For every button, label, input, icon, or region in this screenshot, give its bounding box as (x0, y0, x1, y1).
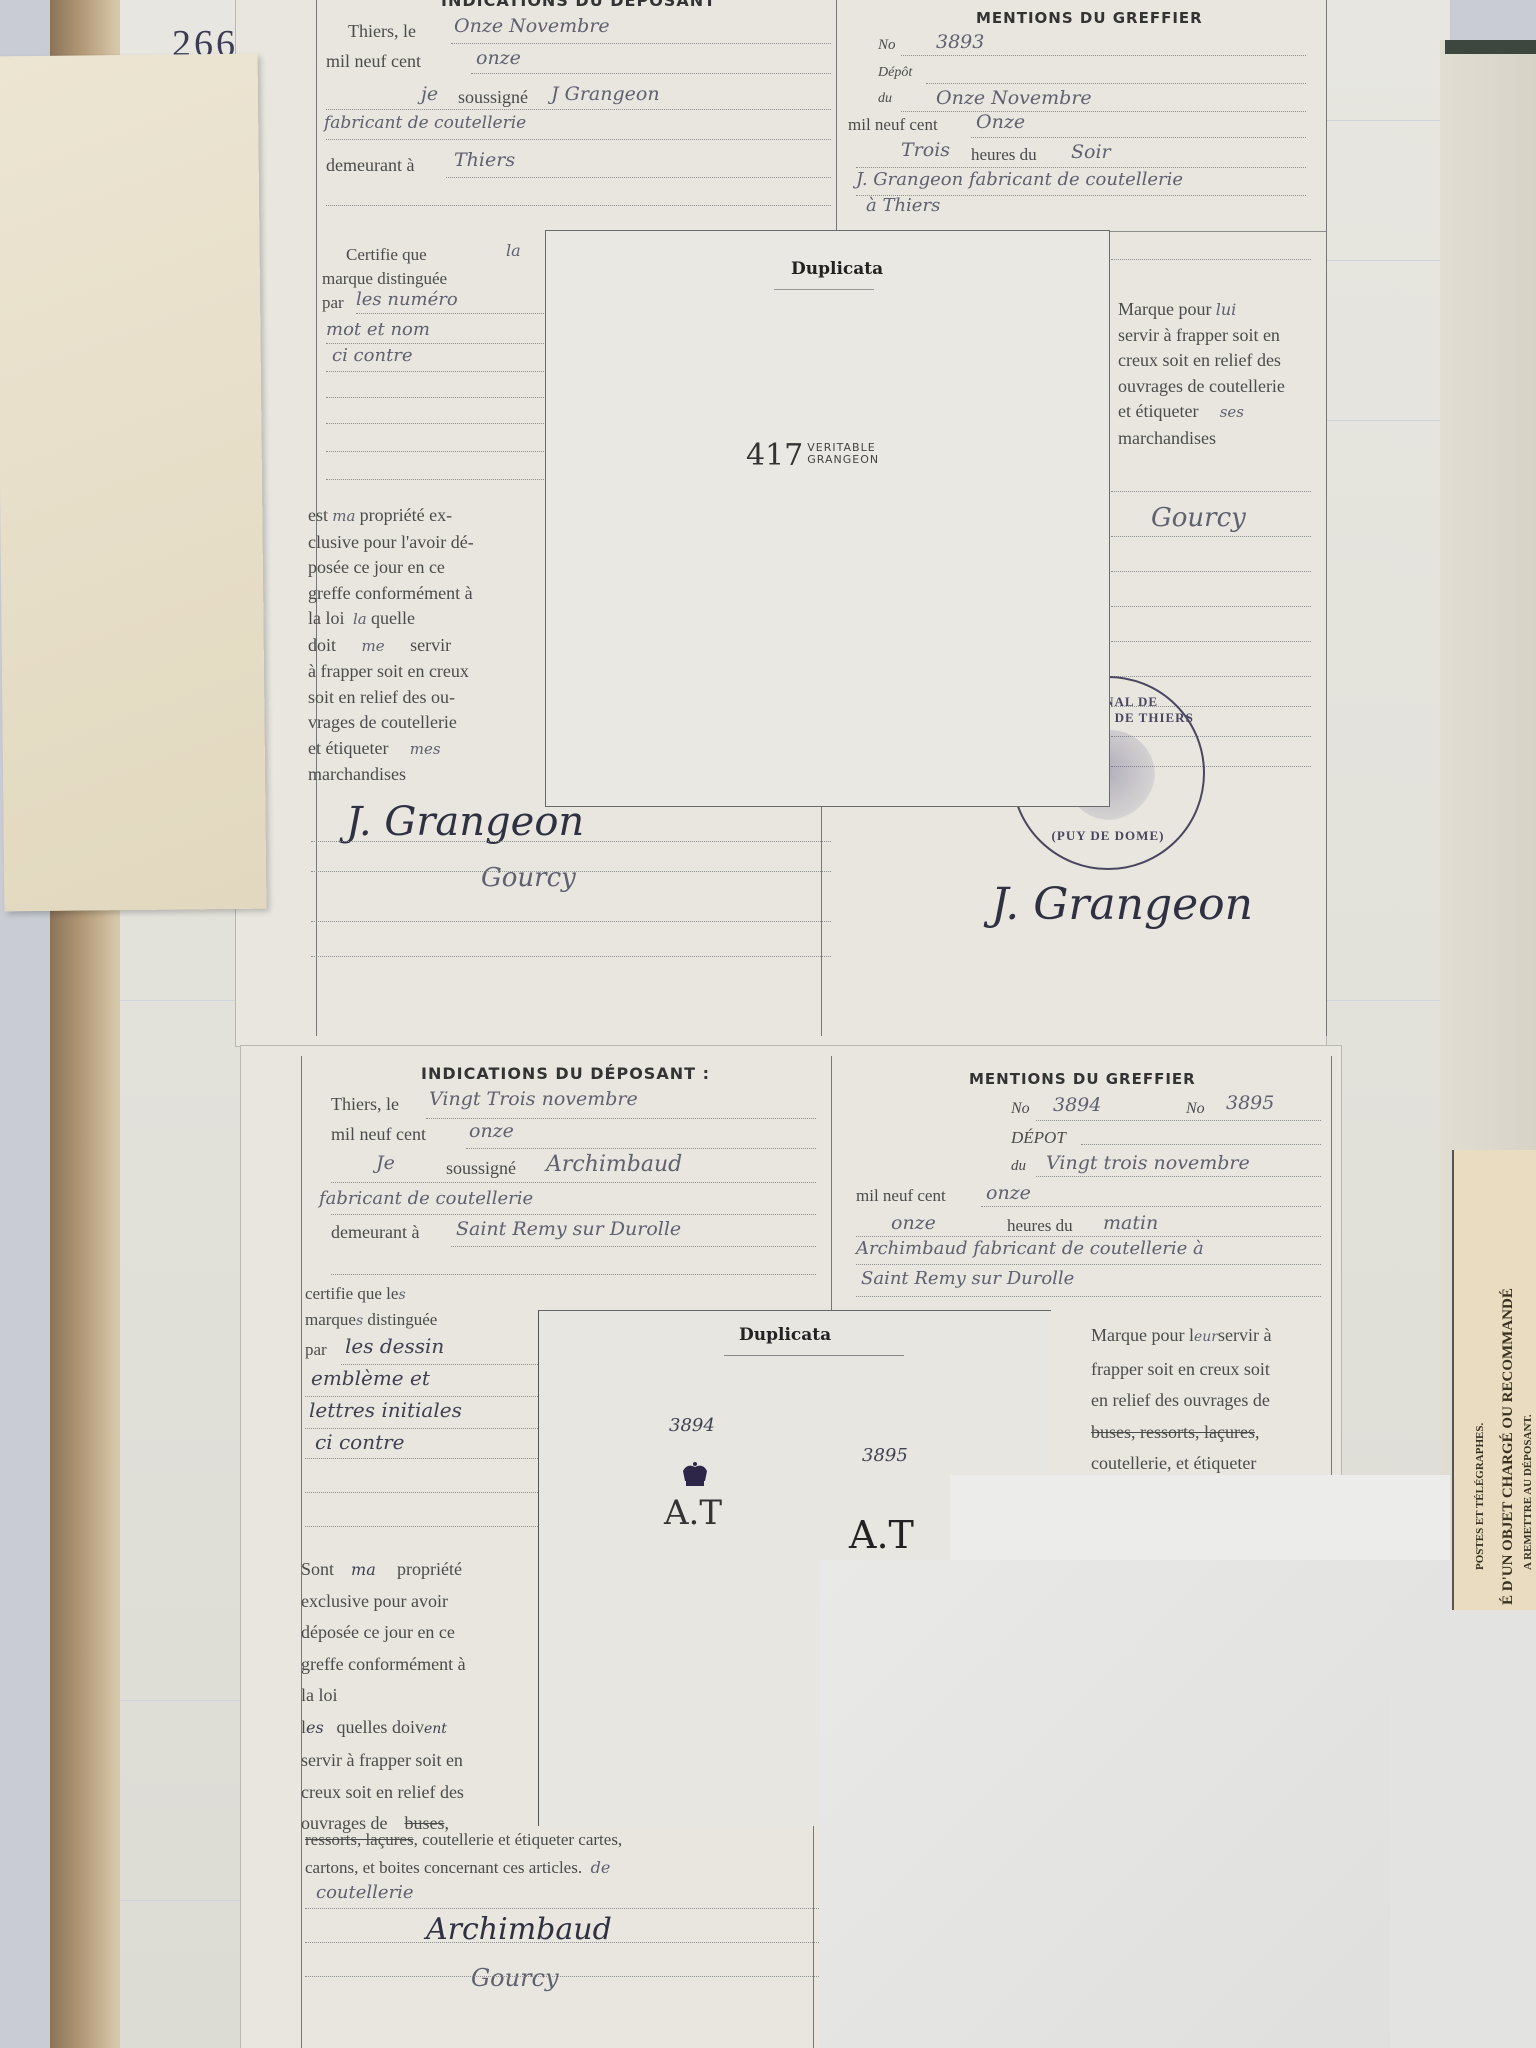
marque-label-2: marques distinguée (305, 1310, 437, 1330)
heures-value-2: onze (891, 1212, 936, 1234)
je-value-2: Je (376, 1152, 395, 1174)
marque-label: marque distinguée (322, 269, 447, 289)
marque-text-right: Marque pour lui servir à frapper soit en… (1118, 297, 1328, 451)
redacted-region (950, 1475, 1450, 1565)
no-label: No (878, 37, 896, 54)
greffier-signature-left: Gourcy (481, 863, 576, 893)
duplicata-title: Duplicata (791, 259, 883, 279)
mil-neuf-cent-label-2: mil neuf cent (331, 1124, 426, 1145)
depot-label-2: DÉPOT (1011, 1128, 1066, 1148)
soussigne-value: J Grangeon (551, 83, 660, 105)
greffier-header-2: MENTIONS DU GREFFIER (969, 1070, 1196, 1088)
du-label: du (878, 91, 892, 107)
mark1-letters: A.T (664, 1493, 722, 1533)
mark2-letters: A.T (849, 1513, 914, 1557)
greffier-signature-right: Gourcy (1151, 503, 1246, 533)
no-value: 3893 (936, 31, 984, 53)
demeurant-label: demeurant à (326, 155, 414, 176)
postal-receipt-label: POSTES ET TÉLÉGRAPHES. É D'UN OBJET CHAR… (1452, 1150, 1536, 1610)
profession-value: fabricant de coutellerie (324, 113, 526, 133)
depot-label: Dépôt (878, 65, 912, 81)
certifie-label-2: certifie que les (305, 1284, 406, 1304)
duplicata-title-2: Duplicata (739, 1325, 831, 1345)
demeurant-value: Thiers (454, 149, 515, 171)
certifie-fill: la (506, 241, 521, 260)
heures-value: Trois (901, 139, 950, 161)
je-value: je (421, 83, 438, 105)
par-label-2: par (305, 1340, 327, 1360)
mark1-number: 3894 (669, 1415, 715, 1436)
thiers-le-value: Onze Novembre (454, 15, 610, 37)
thiers-le-value-2: Vingt Trois novembre (429, 1088, 638, 1110)
wide-text-line2: cartons, et boites concernant ces articl… (305, 1858, 610, 1878)
soussigne-label-2: soussigné (446, 1158, 516, 1179)
soussigne-value-2: Archimbaud (546, 1152, 682, 1177)
mil-neuf-cent-label-right: mil neuf cent (848, 115, 938, 135)
depositor-header-2: INDICATIONS DU DÉPOSANT : (421, 1064, 710, 1083)
mark-line3-value: ci contre (332, 345, 413, 366)
redacted-region-3 (1390, 1600, 1536, 2048)
wide-text-line3-fill: coutellerie (316, 1882, 414, 1903)
mil-neuf-cent-label: mil neuf cent (326, 51, 421, 72)
depositor-signature-right: J. Grangeon (991, 879, 1253, 930)
mark-line3-value-2: lettres initiales (309, 1398, 462, 1422)
profession-value-2: fabricant de coutellerie (319, 1188, 533, 1209)
book-cover-edge (1445, 40, 1536, 54)
heures-label: heures du (971, 145, 1037, 165)
demeurant-value-2: Saint Remy sur Durolle (456, 1218, 681, 1240)
du-value: Onze Novembre (936, 87, 1092, 109)
mil-neuf-cent-value: onze (476, 47, 521, 69)
no2-label: No (1186, 1100, 1205, 1118)
mark-line4-value-2: ci contre (315, 1430, 405, 1454)
demeurant-label-2: demeurant à (331, 1222, 419, 1243)
mil-neuf-cent-label-right-2: mil neuf cent (856, 1186, 946, 1206)
duplicata-box-1: Duplicata 417 VERITABLE GRANGEON (545, 230, 1110, 807)
wide-text-line1: ressorts, laçures, coutellerie et étique… (305, 1830, 622, 1850)
no1-label: No (1011, 1100, 1030, 1118)
mil-neuf-cent-value-right: Onze (976, 111, 1025, 133)
mark-line2-value-2: emblème et (311, 1366, 430, 1390)
loose-paper-sheet (0, 54, 266, 912)
heures-period: Soir (1071, 141, 1111, 163)
par-value: les numéro (356, 289, 458, 310)
depositor-value-right: J. Grangeon fabricant de coutellerie (856, 169, 1183, 190)
no2-value: 3895 (1226, 1092, 1274, 1114)
depositor-city-right: à Thiers (866, 195, 940, 216)
heures-period-2: matin (1103, 1212, 1158, 1234)
par-value-2: les dessin (345, 1334, 444, 1358)
greffier-header: MENTIONS DU GREFFIER (976, 9, 1203, 27)
depositor-header: INDICATIONS DU DÉPOSANT (441, 0, 716, 10)
greffier-signature-left-2: Gourcy (471, 1964, 559, 1992)
du-label-2: du (1011, 1158, 1026, 1175)
no1-value: 3894 (1053, 1094, 1101, 1116)
thiers-le-label-2: Thiers, le (331, 1094, 399, 1115)
soussigne-label: soussigné (458, 87, 528, 108)
crown-emblem-icon (679, 1461, 711, 1485)
mil-neuf-cent-value-right-2: onze (986, 1182, 1031, 1204)
trademark-417: 417 VERITABLE GRANGEON (746, 438, 879, 473)
mark-line2-value: mot et nom (326, 319, 430, 340)
heures-label-2: heures du (1007, 1216, 1073, 1236)
certifie-label: Certifie que (346, 245, 427, 265)
du-value-2: Vingt trois novembre (1046, 1152, 1250, 1174)
legal-text-block: est ma propriété ex- clusive pour l'avoi… (308, 503, 583, 788)
mark2-number: 3895 (862, 1445, 908, 1466)
thiers-le-label: Thiers, le (348, 21, 416, 42)
mil-neuf-cent-value-2: onze (469, 1120, 514, 1142)
depositor-value-right-2: Archimbaud fabricant de coutellerie à (856, 1238, 1204, 1259)
depositor-city-right-2: Saint Remy sur Durolle (861, 1268, 1074, 1289)
par-label: par (322, 293, 344, 313)
